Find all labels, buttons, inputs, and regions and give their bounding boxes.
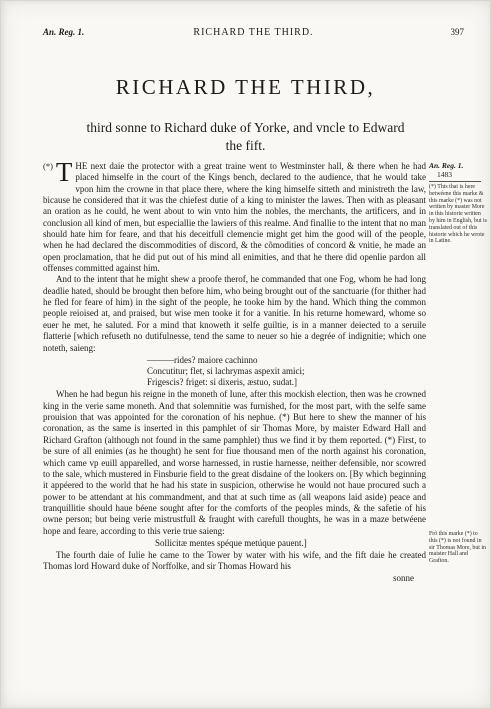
scanned-book-page: An. Reg. 1. RICHARD THE THIRD. 397 RICHA… [0,0,491,709]
margin-note-1: (*) This that is here betwéene this mark… [429,184,487,245]
header-running-title: RICHARD THE THIRD. [133,27,374,38]
header-page-number: 397 [374,27,464,37]
main-text-column: (*)THE next daie the protector with a gr… [43,161,426,584]
dropcap-letter: T [56,157,73,187]
margin-note-2: Frõ this marke (*) to this (*) is not fo… [429,531,487,565]
verse-1-line-3: Frigescis? friget: si dixeris, æstuo, su… [147,377,426,388]
chapter-subtitle: third sonne to Richard duke of Yorke, an… [79,119,412,154]
running-header: An. Reg. 1. RICHARD THE THIRD. 397 [43,27,464,38]
latin-verse-2: Sollicitæ mentes spéque metúque pauent.] [155,538,426,549]
paragraph-1: (*)THE next daie the protector with a gr… [43,161,426,274]
margin-regnal-year: An. Reg. 1. [429,161,487,170]
catchword: sonne [43,573,426,584]
margin-rule [429,181,481,182]
header-regnal-year: An. Reg. 1. [43,27,133,37]
verse-1-line-2: Concutitur; flet, si lachrymas aspexit a… [147,366,426,377]
paragraph-4: The fourth daie of Iulie he came to the … [43,550,426,573]
margin-notes-column: An. Reg. 1. 1483 (*) This that is here b… [429,161,487,245]
chapter-title: RICHARD THE THIRD, [1,75,490,100]
dropcap-group: (*)T [43,161,72,184]
asterisk-mark: (*) [43,161,53,171]
verse-1-line-1: ———rides? maiore cachinno [147,355,426,366]
paragraph-1-text: HE next daie the protector with a great … [43,161,426,273]
margin-year-1483: 1483 [429,170,487,179]
paragraph-3: When he had begun his reigne in the mone… [43,389,426,536]
paragraph-2: And to the intent that he might shew a p… [43,274,426,353]
latin-verse-1: ———rides? maiore cachinno Concutitur; fl… [147,355,426,389]
